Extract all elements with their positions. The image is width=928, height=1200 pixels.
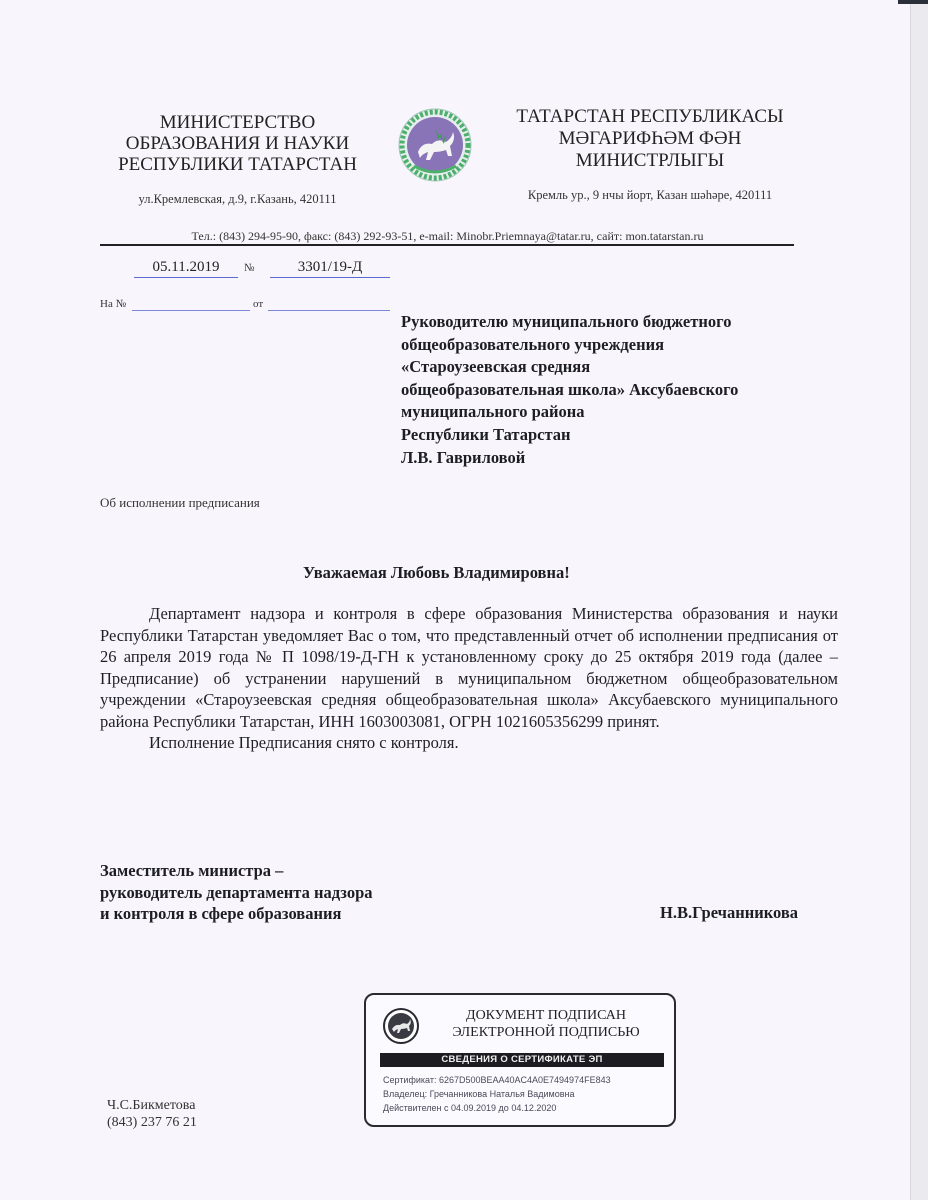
ministry-name-line: ТАТАРСТАН РЕСПУБЛИКАСЫ [505, 106, 795, 128]
letter-body: Департамент надзора и контроля в сфере о… [100, 603, 838, 754]
reference-number-label: На № [100, 298, 126, 310]
ministry-name-line: МӘГАРИФҺӘМ ФӘН [505, 128, 795, 150]
executor-phone: (843) 237 76 21 [107, 1114, 197, 1131]
scan-edge-shadow [898, 0, 928, 4]
recipient-line: общеобразовательная школа» Аксубаевского [401, 379, 841, 402]
reference-from-label: от [253, 298, 263, 310]
executor-info: Ч.С.Бикметова (843) 237 76 21 [107, 1097, 197, 1131]
stamp-title: ДОКУМЕНТ ПОДПИСАН ЭЛЕКТРОННОЙ ПОДПИСЬЮ [426, 1007, 666, 1041]
recipient-line: общеобразовательного учреждения [401, 334, 841, 357]
ministry-name-line: ОБРАЗОВАНИЯ И НАУКИ [100, 133, 375, 154]
certificate-validity: Действителен с 04.09.2019 до 04.12.2020 [383, 1103, 556, 1113]
recipient-line: Руководителю муниципального бюджетного [401, 311, 841, 334]
recipient-block: Руководителю муниципального бюджетного о… [401, 311, 841, 469]
certificate-owner: Владелец: Гречанникова Наталья Вадимовна [383, 1089, 575, 1099]
ministry-address-ru: ул.Кремлевская, д.9, г.Казань, 420111 [100, 192, 375, 207]
recipient-line: Республики Татарстан [401, 424, 841, 447]
certificate-serial: Сертификат: 6267D500BEAA40AC4A0E7494974F… [383, 1075, 611, 1085]
registration-number-label: № [244, 262, 255, 274]
stamp-title-line: ЭЛЕКТРОННОЙ ПОДПИСЬЮ [426, 1024, 666, 1041]
body-paragraph: Департамент надзора и контроля в сфере о… [100, 603, 838, 732]
recipient-line: Л.В. Гавриловой [401, 447, 841, 470]
body-paragraph: Исполнение Предписания снято с контроля. [100, 732, 838, 754]
salutation: Уважаемая Любовь Владимировна! [100, 563, 840, 583]
ministry-name-line: МИНИСТЕРСТВО [100, 112, 375, 133]
registration-date: 05.11.2019 [134, 259, 238, 278]
ministry-name-line: РЕСПУБЛИКИ ТАТАРСТАН [100, 154, 375, 175]
scan-margin [910, 0, 928, 1200]
signatory-title-line: и контроля в сфере образования [100, 903, 373, 925]
letter-subject: Об исполнении предписания [100, 495, 260, 511]
tatarstan-emblem-icon [398, 108, 472, 182]
recipient-line: муниципального района [401, 401, 841, 424]
registration-number: 3301/19-Д [270, 259, 390, 278]
reference-number-blank [132, 310, 250, 311]
ministry-name-line: МИНИСТРЛЫГЫ [505, 150, 795, 172]
electronic-signature-stamp: ДОКУМЕНТ ПОДПИСАН ЭЛЕКТРОННОЙ ПОДПИСЬЮ С… [364, 993, 676, 1127]
signatory-title: Заместитель министра – руководитель депа… [100, 860, 373, 925]
contact-line: Тел.: (843) 294-95-90, факс: (843) 292-9… [100, 229, 795, 244]
recipient-line: «Староузеевская средняя [401, 356, 841, 379]
signatory-title-line: руководитель департамента надзора [100, 882, 373, 904]
ministry-address-tt: Кремль ур., 9 нчы йорт, Казан шәһәре, 42… [505, 188, 795, 203]
reference-date-blank [268, 310, 390, 311]
stamp-emblem-icon [383, 1008, 419, 1044]
ministry-name-tt: ТАТАРСТАН РЕСПУБЛИКАСЫ МӘГАРИФҺӘМ ФӘН МИ… [505, 106, 795, 172]
header-divider [100, 244, 794, 246]
signatory-name: Н.В.Гречанникова [660, 903, 798, 923]
stamp-title-line: ДОКУМЕНТ ПОДПИСАН [426, 1007, 666, 1024]
letter-page: МИНИСТЕРСТВО ОБРАЗОВАНИЯ И НАУКИ РЕСПУБЛ… [0, 0, 910, 1200]
executor-name: Ч.С.Бикметова [107, 1097, 197, 1114]
certificate-info-header: СВЕДЕНИЯ О СЕРТИФИКАТЕ ЭП [380, 1053, 664, 1067]
signatory-title-line: Заместитель министра – [100, 860, 373, 882]
ministry-name-ru: МИНИСТЕРСТВО ОБРАЗОВАНИЯ И НАУКИ РЕСПУБЛ… [100, 112, 375, 175]
